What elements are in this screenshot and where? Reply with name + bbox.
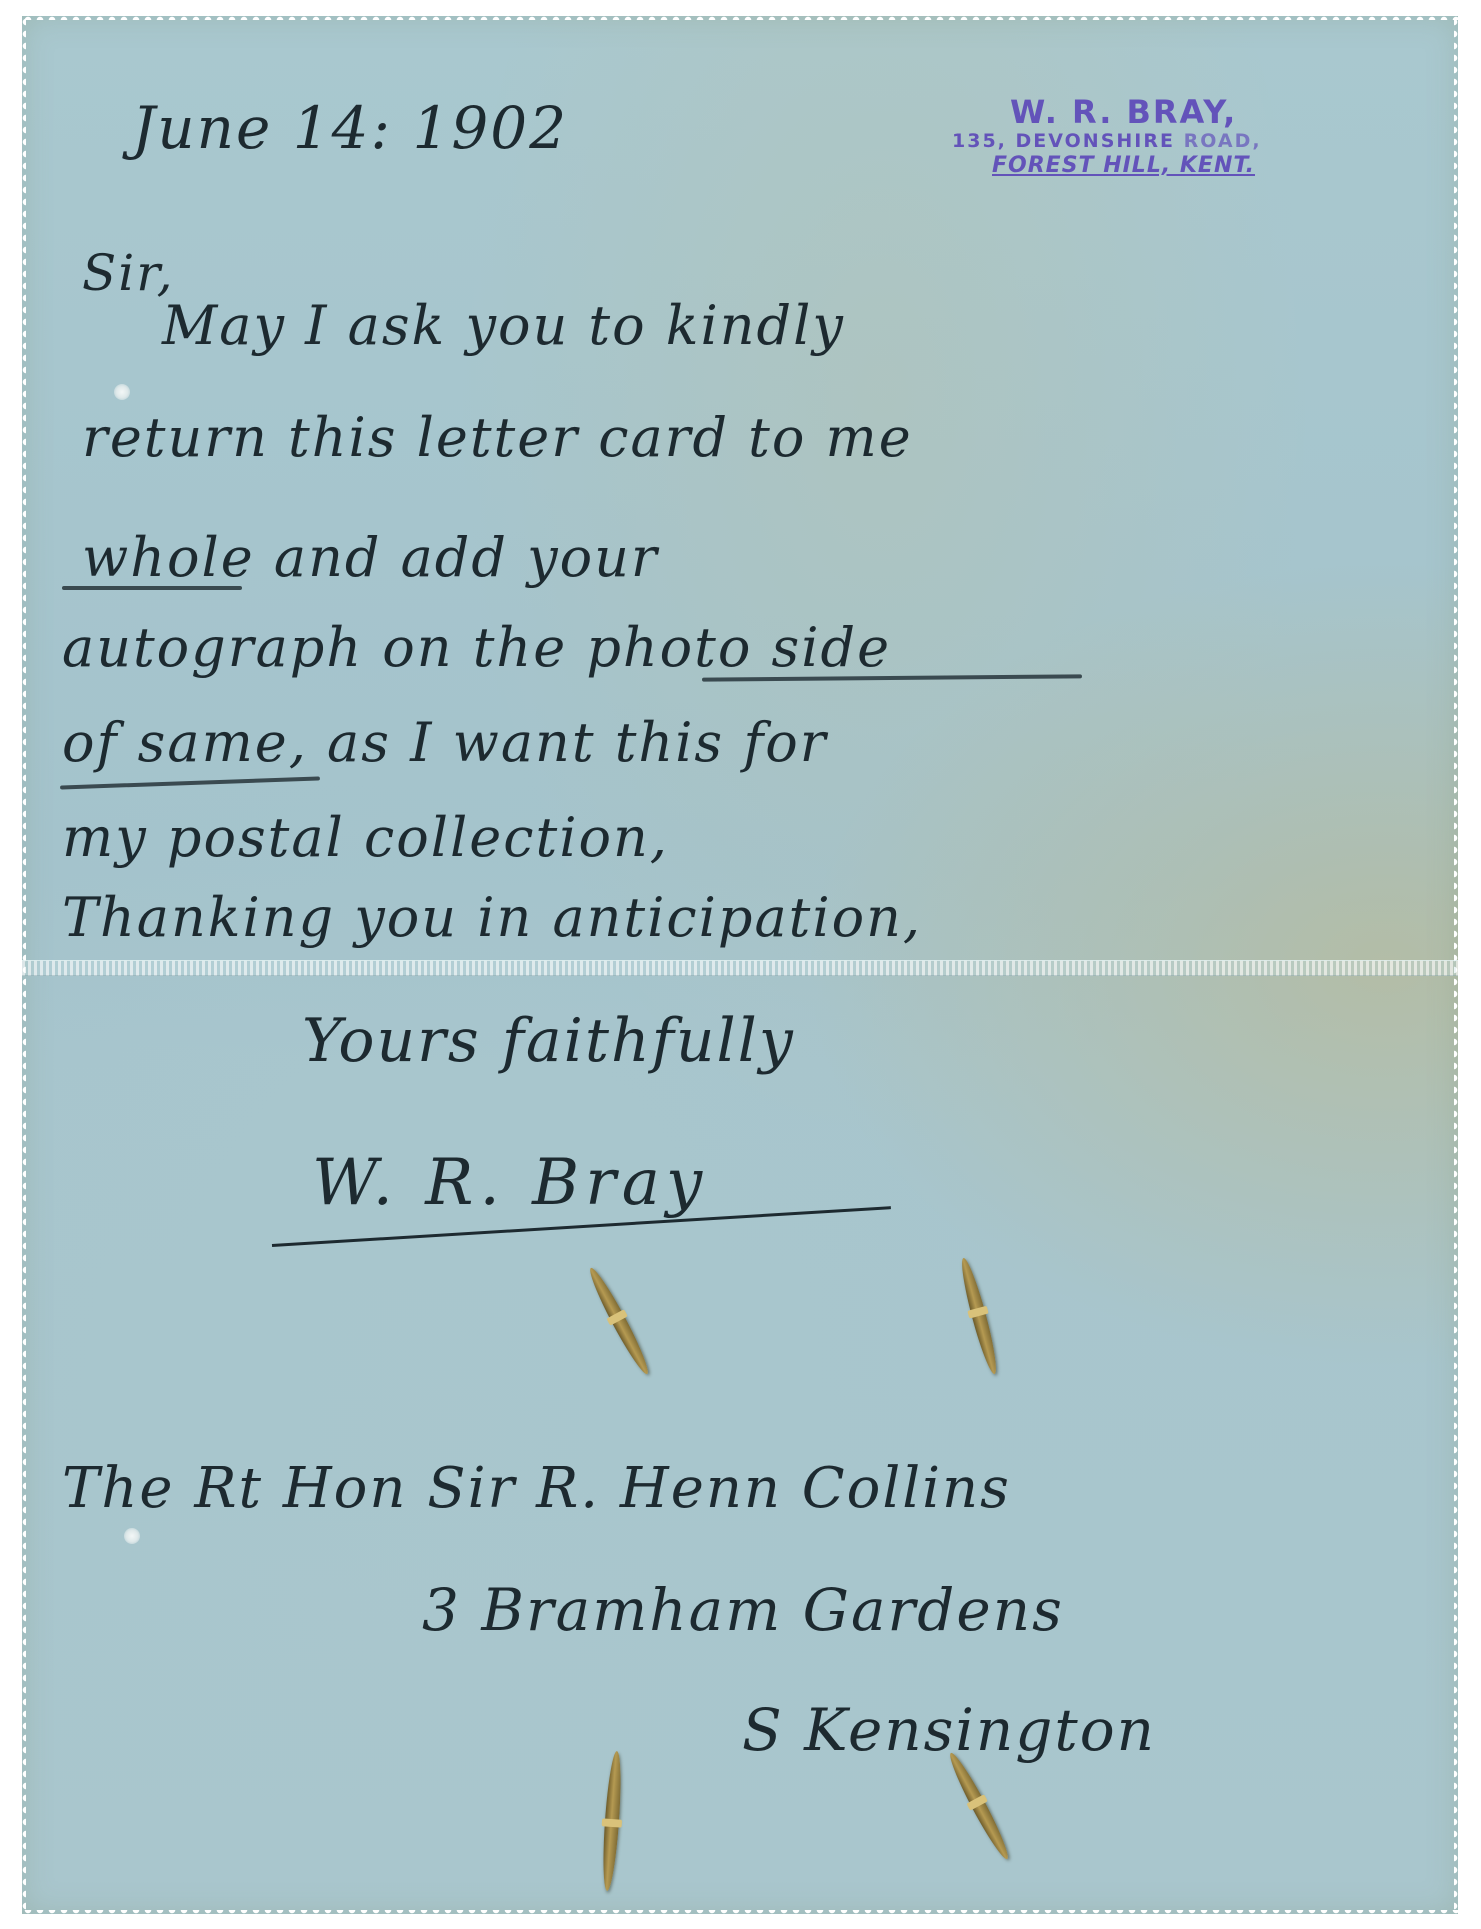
underline-whole: [62, 586, 242, 590]
brass-fastener: [945, 1750, 1014, 1863]
letter-line: return this letter card to me: [82, 406, 913, 469]
brass-fastener: [585, 1265, 654, 1378]
perforated-edge-top: [22, 12, 1458, 20]
letter-signature: W. R. Bray: [312, 1146, 708, 1220]
letter-line: whole and add your: [82, 526, 659, 589]
letter-date: June 14: 1902: [132, 94, 568, 162]
perforated-fold-line: [22, 960, 1458, 976]
letter-card: W. R. BRAY, 135, DEVONSHIRE ROAD, FOREST…: [22, 16, 1458, 1914]
letter-line: May I ask you to kindly: [162, 294, 845, 357]
address-line-2: 3 Bramham Gardens: [422, 1576, 1064, 1644]
brass-fastener: [957, 1256, 1002, 1376]
letter-line: autograph on the photo side: [62, 616, 891, 679]
letter-closing: Yours faithfully: [302, 1006, 795, 1076]
perforated-edge-bottom: [22, 1910, 1458, 1918]
letter-salutation: Sir,: [82, 244, 175, 302]
pinhole: [114, 384, 130, 400]
address-line-1: The Rt Hon Sir R. Henn Collins: [62, 1456, 1011, 1521]
stamp-name: W. R. BRAY,: [1010, 94, 1262, 131]
stamp-town: FOREST HILL, KENT.: [992, 153, 1262, 178]
pinhole: [124, 1528, 140, 1544]
stamp-street-name: DEVONSHIRE: [1016, 130, 1175, 152]
underline-of-same: [60, 776, 320, 789]
sender-rubber-stamp: W. R. BRAY, 135, DEVONSHIRE ROAD, FOREST…: [952, 94, 1262, 178]
stamp-street-number: 135,: [952, 130, 1007, 152]
stamp-road: ROAD,: [1184, 130, 1262, 152]
stamp-street: 135, DEVONSHIRE ROAD,: [952, 131, 1262, 153]
letter-line: my postal collection,: [62, 806, 669, 869]
brass-fastener: [600, 1751, 624, 1892]
letter-line: Thanking you in anticipation,: [62, 886, 922, 949]
letter-line: of same, as I want this for: [62, 711, 828, 774]
